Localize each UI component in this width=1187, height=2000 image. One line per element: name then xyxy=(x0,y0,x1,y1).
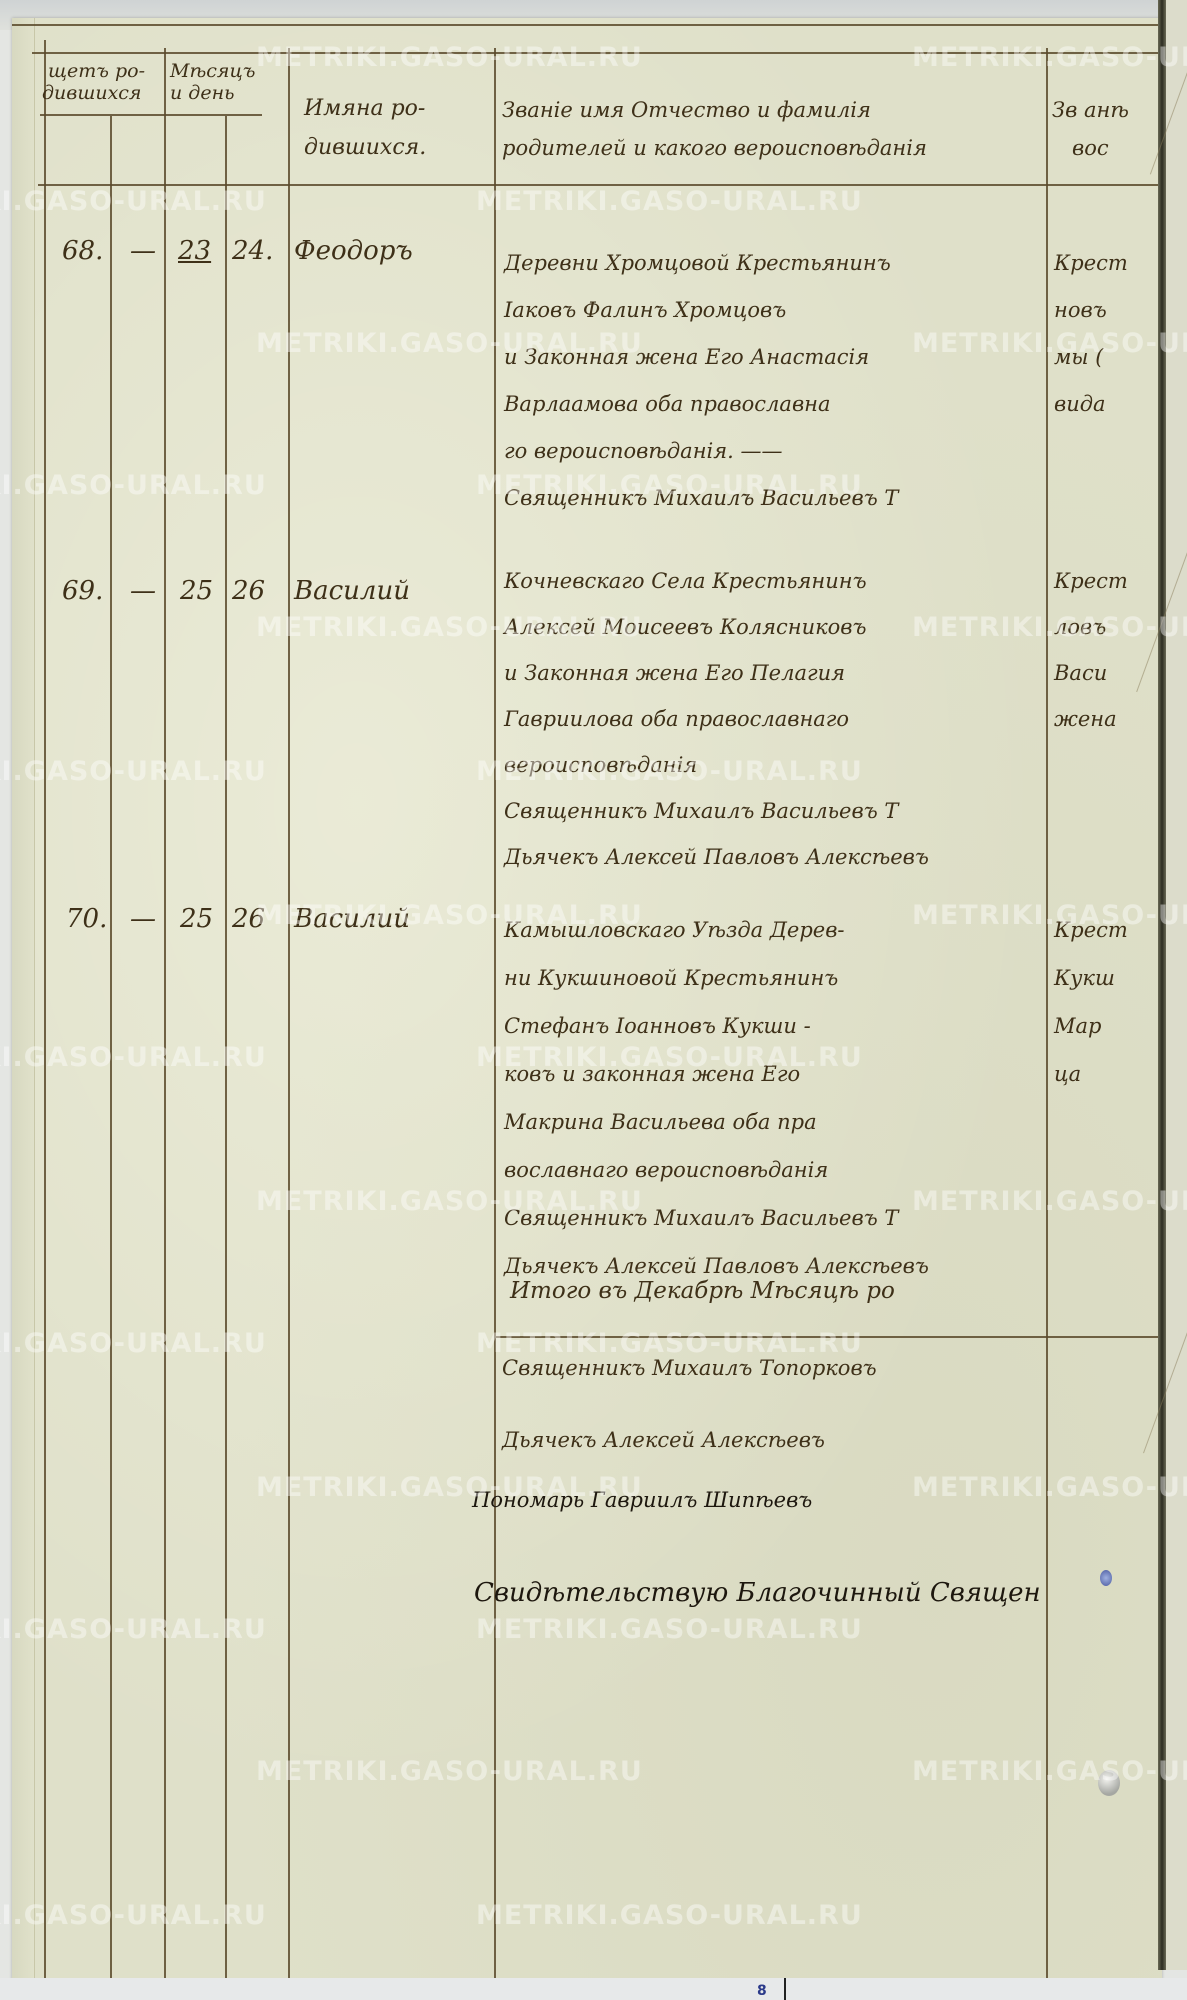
col-rule-4 xyxy=(225,116,227,1980)
header-parents-line2: родителей и какого вероисповѣданія xyxy=(502,136,927,160)
parents-line: и Законная жена Его Пелагия xyxy=(504,650,929,696)
child-name: Василий xyxy=(294,576,410,606)
header-bottom-rule xyxy=(38,184,1158,186)
parents-line: Стефанъ Іоанновъ Кукши - xyxy=(504,1002,929,1050)
parents-line: ковъ и законная жена Его xyxy=(504,1050,929,1098)
entry-number: 70. xyxy=(66,904,107,934)
godparents-line: ца xyxy=(1054,1050,1128,1098)
godparents-line: жена xyxy=(1054,696,1128,742)
parents-line: Макрина Васильева оба пра xyxy=(504,1098,929,1146)
godparents-line: новъ xyxy=(1054,287,1128,334)
header-count-line2: дившихся xyxy=(42,82,145,104)
header-count-line1: щетъ ро- xyxy=(48,60,145,82)
child-name: Феодоръ xyxy=(294,236,413,266)
col-rule-1 xyxy=(44,40,46,1980)
header-month-line2: и день xyxy=(170,82,255,104)
parents-text: Кочневскаго Села Крестьянинъ Алексей Мои… xyxy=(504,558,929,880)
parents-line: Камышловскаго Уѣзда Дерев- xyxy=(504,906,929,954)
register-page: щетъ ро- дившихся Мѣсяцъ и день Имяна ро… xyxy=(12,18,1162,1980)
parents-line: Кочневскаго Села Крестьянинъ xyxy=(504,558,929,604)
page-top-rule xyxy=(12,24,1158,26)
parents-line: Алексей Моисеевъ Колясниковъ xyxy=(504,604,929,650)
header-month-line1: Мѣсяцъ xyxy=(170,60,255,82)
baptism-day: 26 xyxy=(232,904,265,934)
header-month: Мѣсяцъ и день xyxy=(170,60,255,104)
parents-text: Деревни Хромцовой Крестьянинъ Іаковъ Фал… xyxy=(504,240,898,522)
clergy-line: Священникъ Михаилъ Васильевъ Т xyxy=(504,475,898,522)
parents-line: ни Кукшиновой Крестьянинъ xyxy=(504,954,929,1002)
page-edge xyxy=(12,18,35,1980)
parents-line: Варлаамова оба православна xyxy=(504,381,898,428)
header-count: щетъ ро- дившихся xyxy=(48,60,145,104)
birth-day: 25 xyxy=(180,904,213,934)
header-names: Имяна ро- дившихся. xyxy=(304,96,426,160)
header-godparents: Зв анѣ вос xyxy=(1052,98,1129,160)
header-godparents-line2: вос xyxy=(1072,136,1129,160)
header-godparents-line1: Зв анѣ xyxy=(1052,98,1129,122)
parents-line: Іаковъ Фалинъ Хромцовъ xyxy=(504,287,898,334)
clergy-line: Священникъ Михаилъ Васильевъ Т xyxy=(504,1194,929,1242)
godparents-line: Крест xyxy=(1054,906,1128,954)
entry-number: 68. xyxy=(62,236,103,266)
page-binding xyxy=(1158,0,1166,1970)
male-mark: — xyxy=(130,236,156,266)
clergy-line: Дьячекъ Алексей Павловъ Алексѣевъ xyxy=(504,834,929,880)
col-rule-3 xyxy=(164,48,166,1980)
signature-dean: Свидѣтельствую Благочинный Священ xyxy=(474,1578,1041,1608)
entry-number: 69. xyxy=(62,576,103,606)
header-parents-line1: Званіе имя Отчество и фамилія xyxy=(502,98,927,122)
parents-line: вославнаго вероисповѣданія xyxy=(504,1146,929,1194)
archive-tag: 8 xyxy=(757,1983,767,1999)
adjacent-page-edge xyxy=(1166,0,1187,1970)
header-parents: Званіе имя Отчество и фамилія родителей … xyxy=(502,98,927,160)
male-mark: — xyxy=(130,904,156,934)
baptism-day: 26 xyxy=(232,576,265,606)
parents-line: и Законная жена Его Анастасія xyxy=(504,334,898,381)
godparents-line: Кукш xyxy=(1054,954,1128,1002)
signature-priest: Священникъ Михаилъ Топорковъ xyxy=(502,1356,877,1380)
header-names-line1: Имяна ро- xyxy=(304,96,426,121)
child-name: Василий xyxy=(294,904,410,934)
col-rule-5 xyxy=(288,48,290,1980)
parents-line: вероисповѣданія xyxy=(504,742,929,788)
godparents-line: Крест xyxy=(1054,240,1128,287)
birth-day: 23 xyxy=(178,236,211,266)
godparents-line: Васи xyxy=(1054,650,1128,696)
ink-blot xyxy=(1100,1570,1112,1586)
header-sub-rule xyxy=(40,114,262,116)
parents-line: Деревни Хромцовой Крестьянинъ xyxy=(504,240,898,287)
parents-line: го вероисповѣданія. —— xyxy=(504,428,898,475)
male-mark: — xyxy=(130,576,156,606)
parents-text: Камышловскаго Уѣзда Дерев- ни Кукшиновой… xyxy=(504,906,929,1290)
parents-line: Гавриилова оба православнаго xyxy=(504,696,929,742)
godparents-line: Мар xyxy=(1054,1002,1128,1050)
birth-day: 25 xyxy=(180,576,213,606)
header-top-rule xyxy=(32,52,1158,54)
summary-rule xyxy=(496,1336,1158,1338)
signature-sexton: Пономарь Гавриилъ Шипѣевъ xyxy=(472,1488,812,1512)
godparents-text: Крест Кукш Мар ца xyxy=(1054,906,1128,1098)
godparents-text: Крест ловъ Васи жена xyxy=(1054,558,1128,742)
col-rule-7 xyxy=(1046,48,1048,1978)
col-rule-6 xyxy=(494,48,496,1980)
archive-tag-divider xyxy=(784,1978,786,2000)
header-names-line2: дившихся. xyxy=(304,135,426,160)
col-rule-2 xyxy=(110,116,112,1980)
scan-bottom-strip xyxy=(0,1978,1187,2000)
punch-hole xyxy=(1098,1770,1120,1796)
godparents-line: мы ( xyxy=(1054,334,1128,381)
month-summary: Итого въ Декабрѣ Мѣсяцѣ ро xyxy=(510,1278,895,1304)
godparents-line: ловъ xyxy=(1054,604,1128,650)
godparents-line: Крест xyxy=(1054,558,1128,604)
clergy-line: Священникъ Михаилъ Васильевъ Т xyxy=(504,788,929,834)
baptism-day: 24. xyxy=(232,236,273,266)
signature-deacon: Дьячекъ Алексей Алексѣевъ xyxy=(502,1428,825,1452)
godparents-text: Крест новъ мы ( вида xyxy=(1054,240,1128,428)
godparents-line: вида xyxy=(1054,381,1128,428)
